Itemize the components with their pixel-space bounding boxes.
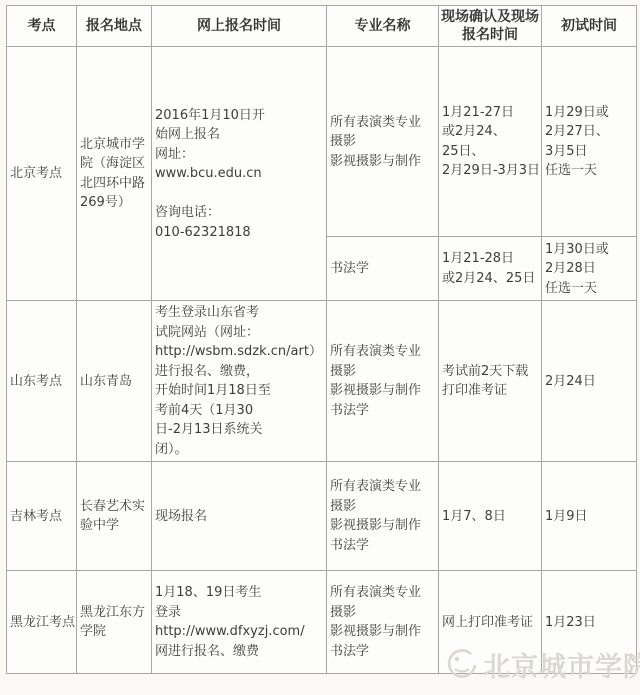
cell-heilongjiang-location: 黑龙江东方 学院 [77, 571, 152, 674]
cell-beijing-location: 北京城市学 院（海淀区 北四环中路 269号） [77, 47, 152, 301]
cell-beijing-majors-2: 书法学 [327, 237, 439, 301]
cell-heilongjiang-majors: 所有表演类专业 摄影 影视摄影与制作 书法学 [327, 571, 439, 674]
cell-jilin-majors: 所有表演类专业 摄影 影视摄影与制作 书法学 [327, 462, 439, 571]
cell-beijing-onsite-time-2: 1月21-28日 或2月24、25日 [439, 237, 542, 301]
cell-heilongjiang-online-time: 1月18、19日考生 登录 http://www.dfxyzj.com/ 网进行… [152, 571, 327, 674]
cell-shandong-exam-time: 2月24日 [542, 301, 637, 462]
header-onsite-time: 现场确认及现场 报名时间 [439, 6, 542, 47]
cell-heilongjiang-onsite-time: 网上打印准考证 [439, 571, 542, 674]
cell-beijing-site: 北京考点 [7, 47, 77, 301]
header-site: 考点 [7, 6, 77, 47]
cell-beijing-exam-time-2: 1月30日或 2月28日 任选一天 [542, 237, 637, 301]
cell-jilin-site: 吉林考点 [7, 462, 77, 571]
cell-heilongjiang-exam-time: 1月23日 [542, 571, 637, 674]
page: 考点 报名地点 网上报名时间 专业名称 现场确认及现场 报名时间 初试时间 北京… [0, 0, 640, 695]
cell-shandong-onsite-time: 考试前2天下载 打印准考证 [439, 301, 542, 462]
header-location: 报名地点 [77, 6, 152, 47]
header-exam-time: 初试时间 [542, 6, 637, 47]
cell-beijing-onsite-time-1: 1月21-27日 或2月24、25日、 2月29日-3月3日 [439, 47, 542, 237]
header-row: 考点 报名地点 网上报名时间 专业名称 现场确认及现场 报名时间 初试时间 [7, 6, 637, 47]
row-heilongjiang: 黑龙江考点 黑龙江东方 学院 1月18、19日考生 登录 http://www.… [7, 571, 637, 674]
row-jilin: 吉林考点 长春艺术实 验中学 现场报名 所有表演类专业 摄影 影视摄影与制作 书… [7, 462, 637, 571]
cell-shandong-site: 山东考点 [7, 301, 77, 462]
cell-jilin-location: 长春艺术实 验中学 [77, 462, 152, 571]
cell-beijing-online-time: 2016年1月10日开 始网上报名 网址： www.bcu.edu.cn 咨询电… [152, 47, 327, 301]
cell-shandong-location: 山东青岛 [77, 301, 152, 462]
cell-heilongjiang-site: 黑龙江考点 [7, 571, 77, 674]
cell-shandong-online-time: 考生登录山东省考 试院网站（网址： http://wsbm.sdzk.cn/ar… [152, 301, 327, 462]
cell-jilin-online-time: 现场报名 [152, 462, 327, 571]
cell-jilin-exam-time: 1月9日 [542, 462, 637, 571]
header-major: 专业名称 [327, 6, 439, 47]
header-online-time: 网上报名时间 [152, 6, 327, 47]
cell-beijing-majors-1: 所有表演类专业 摄影 影视摄影与制作 [327, 47, 439, 237]
exam-schedule-table: 考点 报名地点 网上报名时间 专业名称 现场确认及现场 报名时间 初试时间 北京… [6, 5, 637, 674]
row-shandong: 山东考点 山东青岛 考生登录山东省考 试院网站（网址： http://wsbm.… [7, 301, 637, 462]
cell-jilin-onsite-time: 1月7、8日 [439, 462, 542, 571]
cell-beijing-exam-time-1: 1月29日或 2月27日、 3月5日 任选一天 [542, 47, 637, 237]
cell-shandong-majors: 所有表演类专业 摄影 影视摄影与制作 书法学 [327, 301, 439, 462]
row-beijing-performance: 北京考点 北京城市学 院（海淀区 北四环中路 269号） 2016年1月10日开… [7, 47, 637, 237]
